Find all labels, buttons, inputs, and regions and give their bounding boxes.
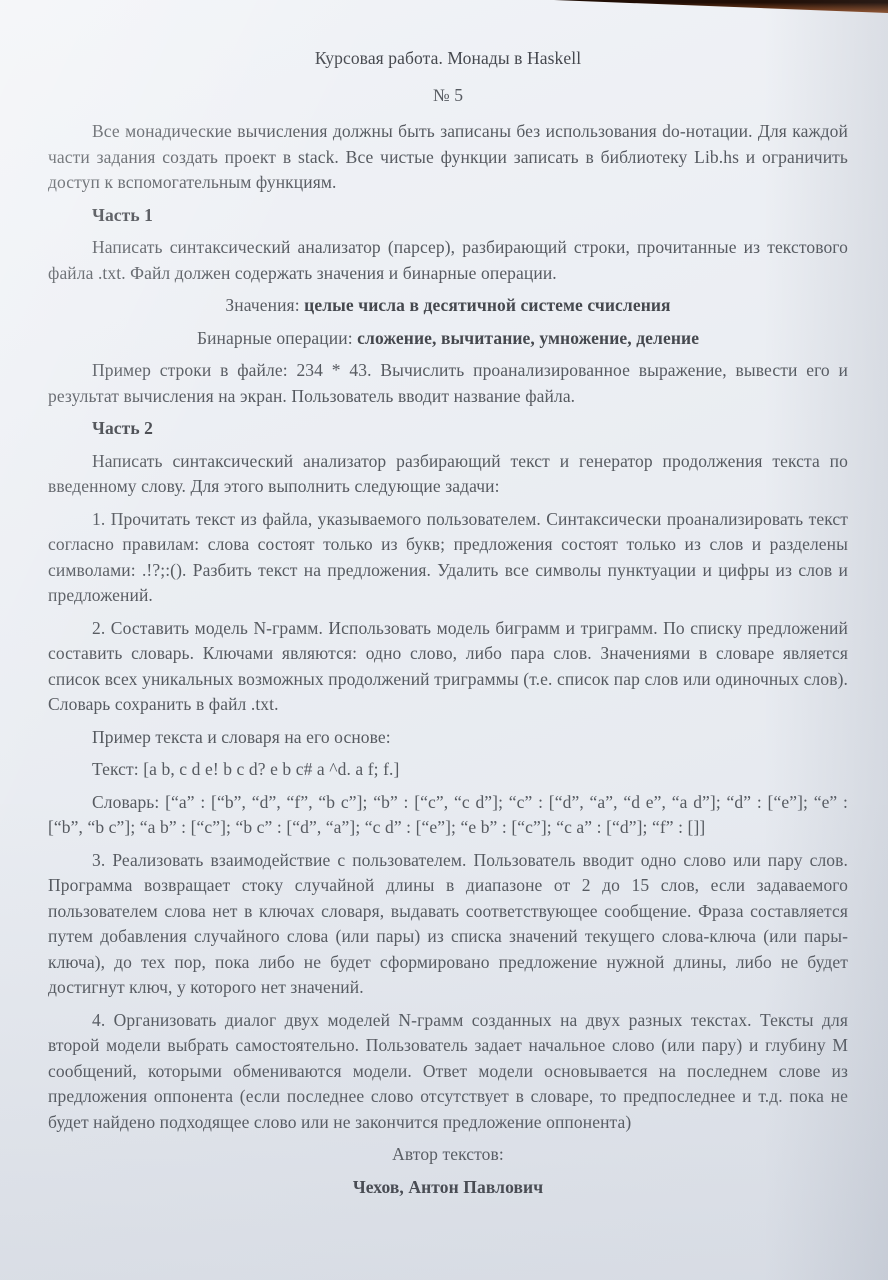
part2-item-1: 1. Прочитать текст из файла, указываемог… <box>48 507 848 609</box>
doc-title: Курсовая работа. Монады в Haskell <box>48 46 848 72</box>
part1-task: Написать синтаксический анализатор (парс… <box>48 235 848 286</box>
example-text: Текст: [a b, c d e! b c d? e b c# a ^d. … <box>48 757 848 783</box>
part2-task: Написать синтаксический анализатор разби… <box>48 449 848 500</box>
part2-item-4: 4. Организовать диалог двух моделей N-гр… <box>48 1008 848 1136</box>
operations-label: Бинарные операции: <box>197 328 353 348</box>
intro-paragraph: Все монадические вычисления должны быть … <box>48 119 848 196</box>
part1-example: Пример строки в файле: 234 * 43. Вычисли… <box>48 358 848 409</box>
part2-heading: Часть 2 <box>48 416 848 442</box>
document-page: Курсовая работа. Монады в Haskell № 5 Вс… <box>0 0 888 1280</box>
operations-bold: сложение, вычитание, умножение, деление <box>357 328 699 348</box>
values-bold: целые числа в десятичной системе счислен… <box>304 295 670 315</box>
part1-heading: Часть 1 <box>48 203 848 229</box>
document-photo: Курсовая работа. Монады в Haskell № 5 Вс… <box>0 0 888 1280</box>
author-name: Чехов, Антон Павлович <box>48 1175 848 1201</box>
part1-values-line: Значения: целые числа в десятичной систе… <box>48 293 848 319</box>
part2-item-2: 2. Составить модель N-грамм. Использоват… <box>48 616 848 718</box>
doc-number: № 5 <box>48 83 848 109</box>
part1-operations-line: Бинарные операции: сложение, вычитание, … <box>48 326 848 352</box>
values-label: Значения: <box>225 295 299 315</box>
part2-item-3: 3. Реализовать взаимодействие с пользова… <box>48 848 848 1001</box>
author-label: Автор текстов: <box>48 1142 848 1168</box>
example-dictionary: Словарь: [“a” : [“b”, “d”, “f”, “b c”]; … <box>48 790 848 841</box>
example-intro: Пример текста и словаря на его основе: <box>48 725 848 751</box>
